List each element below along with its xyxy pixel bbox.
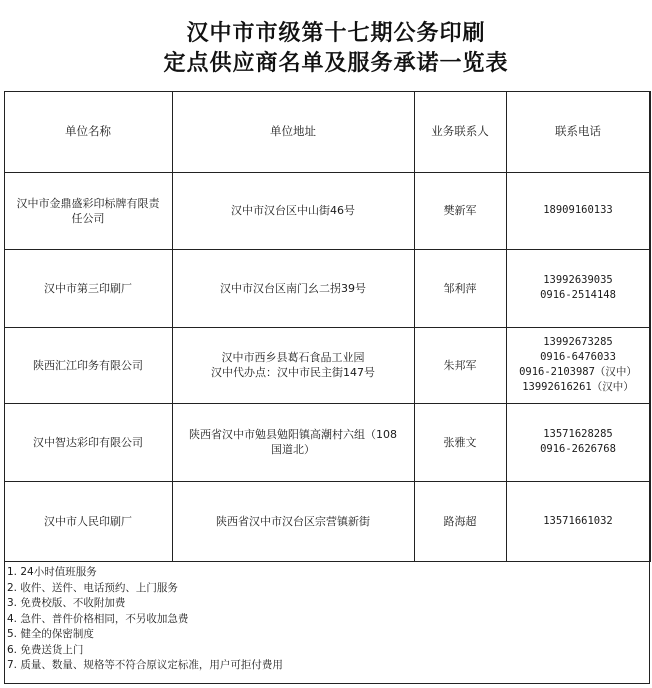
contact-person-cell: 路海超: [414, 481, 506, 561]
service-pledges: 1. 24小时值班服务 2. 收件、送件、电话预约、上门服务 3. 免费校版、不…: [7, 565, 637, 674]
pledge-item: 1. 24小时值班服务: [7, 565, 637, 581]
pledge-item: 5. 健全的保密制度: [7, 627, 637, 643]
header-company-address: 单位地址: [172, 91, 414, 172]
supplier-sheet: 单位名称 单位地址 业务联系人 联系电话 汉中市金鼎盛彩印标牌有限责 任公司 汉…: [4, 91, 650, 684]
header-contact-person: 业务联系人: [414, 91, 506, 172]
phone-number: 0916-6476033: [511, 350, 646, 365]
company-address-cell: 陕西省汉中市汉台区宗营镇新街: [172, 481, 414, 561]
phone-number: 13992673285: [511, 335, 646, 350]
phone-number: 0916-2626768: [511, 442, 646, 457]
company-address-cell: 汉中市西乡县葛石食品工业园 汉中代办点：汉中市民主街147号: [172, 327, 414, 403]
company-name-line: 汉中智达彩印有限公司: [9, 435, 168, 450]
address-line: 陕西省汉中市勉县勉阳镇高潮村六组（108: [177, 427, 410, 442]
header-company-name: 单位名称: [4, 91, 172, 172]
phone-cell: 13992673285 0916-6476033 0916-2103987（汉中…: [506, 327, 650, 403]
pledge-item: 3. 免费校版、不收附加费: [7, 596, 637, 612]
pledge-item: 6. 免费送货上门: [7, 643, 637, 659]
company-name-line: 汉中市人民印刷厂: [9, 514, 168, 529]
contact-person-cell: 邹利萍: [414, 249, 506, 327]
phone-number: 13571628285: [511, 427, 646, 442]
pledge-item: 2. 收件、送件、电话预约、上门服务: [7, 581, 637, 597]
phone-number: 0916-2514148: [511, 288, 646, 303]
company-address-cell: 汉中市汉台区中山街46号: [172, 172, 414, 249]
phone-number: 13571661032: [511, 514, 646, 529]
document-title: 汉中市市级第十七期公务印刷 定点供应商名单及服务承诺一览表: [0, 18, 652, 78]
company-name-line: 陕西汇江印务有限公司: [9, 358, 168, 373]
phone-cell: 18909160133: [506, 172, 650, 249]
company-name-cell: 陕西汇江印务有限公司: [4, 327, 172, 403]
phone-number: 0916-2103987（汉中）: [511, 365, 646, 380]
table-row: 陕西汇江印务有限公司 汉中市西乡县葛石食品工业园 汉中代办点：汉中市民主街147…: [4, 327, 650, 403]
address-line: 汉中代办点：汉中市民主街147号: [177, 365, 410, 380]
phone-cell: 13992639035 0916-2514148: [506, 249, 650, 327]
contact-person-cell: 樊新军: [414, 172, 506, 249]
pledge-item: 7. 质量、数量、规格等不符合原议定标准，用户可拒付费用: [7, 658, 637, 674]
phone-number: 13992616261（汉中）: [511, 380, 646, 395]
table-row: 汉中市金鼎盛彩印标牌有限责 任公司 汉中市汉台区中山街46号 樊新军 18909…: [4, 172, 650, 249]
contact-person-cell: 朱邦军: [414, 327, 506, 403]
table-row: 汉中市人民印刷厂 陕西省汉中市汉台区宗营镇新街 路海超 13571661032: [4, 481, 650, 561]
table-row: 汉中智达彩印有限公司 陕西省汉中市勉县勉阳镇高潮村六组（108 国道北） 张雅文…: [4, 403, 650, 481]
company-address-cell: 汉中市汉台区南门幺二拐39号: [172, 249, 414, 327]
address-line: 汉中市西乡县葛石食品工业园: [177, 350, 410, 365]
company-address-cell: 陕西省汉中市勉县勉阳镇高潮村六组（108 国道北）: [172, 403, 414, 481]
table-row: 汉中市第三印刷厂 汉中市汉台区南门幺二拐39号 邹利萍 13992639035 …: [4, 249, 650, 327]
title-line-2: 定点供应商名单及服务承诺一览表: [20, 48, 652, 78]
table-header-row: 单位名称 单位地址 业务联系人 联系电话: [4, 91, 650, 172]
address-line: 国道北）: [177, 442, 410, 457]
company-name-line: 汉中市第三印刷厂: [9, 281, 168, 296]
phone-number: 13992639035: [511, 273, 646, 288]
address-line: 汉中市汉台区中山街46号: [177, 203, 410, 218]
pledge-item: 4. 急件、普件价格相同，不另收加急费: [7, 612, 637, 628]
title-line-1: 汉中市市级第十七期公务印刷: [20, 18, 652, 48]
phone-cell: 13571661032: [506, 481, 650, 561]
contact-person-cell: 张雅文: [414, 403, 506, 481]
company-name-cell: 汉中市金鼎盛彩印标牌有限责 任公司: [4, 172, 172, 249]
address-line: 汉中市汉台区南门幺二拐39号: [177, 281, 410, 296]
company-name-cell: 汉中智达彩印有限公司: [4, 403, 172, 481]
company-name-line: 任公司: [9, 211, 168, 226]
company-name-line: 汉中市金鼎盛彩印标牌有限责: [9, 196, 168, 211]
header-phone: 联系电话: [506, 91, 650, 172]
phone-number: 18909160133: [511, 203, 646, 218]
company-name-cell: 汉中市第三印刷厂: [4, 249, 172, 327]
address-line: 陕西省汉中市汉台区宗营镇新街: [177, 514, 410, 529]
phone-cell: 13571628285 0916-2626768: [506, 403, 650, 481]
supplier-table: 单位名称 单位地址 业务联系人 联系电话 汉中市金鼎盛彩印标牌有限责 任公司 汉…: [4, 91, 651, 562]
company-name-cell: 汉中市人民印刷厂: [4, 481, 172, 561]
